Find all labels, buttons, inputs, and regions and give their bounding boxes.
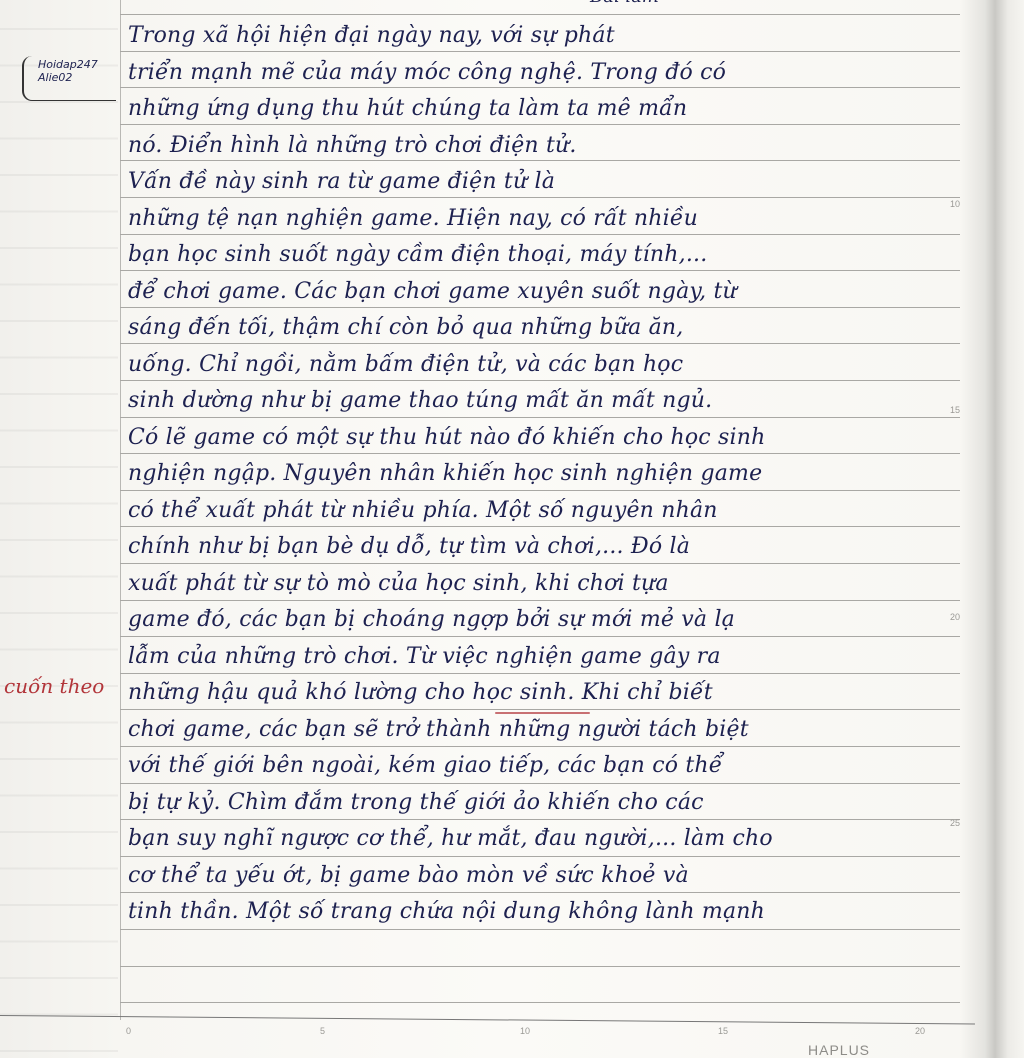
- essay-line: những tệ nạn nghiện game. Hiện nay, có r…: [128, 201, 948, 238]
- line-number: 10: [950, 199, 960, 209]
- margin-note-line1: Hoidap247: [38, 58, 98, 71]
- essay-line: có thể xuất phát từ nhiều phía. Một số n…: [128, 493, 948, 530]
- essay-line: những hậu quả khó lường cho học sinh. Kh…: [128, 675, 948, 712]
- essay-line: tinh thần. Một số trang chứa nội dung kh…: [128, 894, 948, 931]
- essay-line: chơi game, các bạn sẽ trở thành những ng…: [128, 712, 948, 749]
- notebook-brand: HAPLUS: [808, 1042, 870, 1058]
- essay-line: Vấn đề này sinh ra từ game điện tử là: [128, 164, 948, 201]
- page-bottom-edge: [0, 1015, 975, 1025]
- line-number: 25: [950, 818, 960, 828]
- essay-line: bạn học sinh suốt ngày cầm điện thoại, m…: [128, 237, 948, 274]
- ruled-line: [120, 966, 960, 967]
- essay-line: lẫm của những trò chơi. Từ việc nghiện g…: [128, 639, 948, 676]
- essay-line: để chơi game. Các bạn chơi game xuyên su…: [128, 274, 948, 311]
- teacher-comment: cuốn theo: [4, 674, 104, 698]
- essay-line: Trong xã hội hiện đại ngày nay, với sự p…: [128, 18, 948, 55]
- essay-line: sinh dường như bị game thao túng mất ăn …: [128, 383, 948, 420]
- essay-line: với thế giới bên ngoài, kém giao tiếp, c…: [128, 748, 948, 785]
- essay-line: bạn suy nghĩ ngược cơ thể, hư mắt, đau n…: [128, 821, 948, 858]
- essay-line: nó. Điển hình là những trò chơi điện tử.: [128, 128, 948, 165]
- essay-line: cơ thể ta yếu ớt, bị game bào mòn về sức…: [128, 858, 948, 895]
- scale-mark: 5: [320, 1026, 325, 1036]
- essay-line: chính như bị bạn bè dụ dỗ, tự tìm và chơ…: [128, 529, 948, 566]
- essay-line: những ứng dụng thu hút chúng ta làm ta m…: [128, 91, 948, 128]
- ruled-line: [120, 14, 960, 15]
- margin-note-line2: Alie02: [38, 71, 72, 84]
- essay-line: nghiện ngập. Nguyên nhân khiến học sinh …: [128, 456, 948, 493]
- line-number: 15: [950, 405, 960, 415]
- scale-mark: 15: [718, 1026, 728, 1036]
- ruled-line: [120, 1002, 960, 1003]
- margin-note: Hoidap247 Alie02: [38, 58, 98, 84]
- margin-line: [120, 0, 121, 1020]
- scale-mark: 20: [915, 1026, 925, 1036]
- essay-heading: Bài làm: [590, 0, 659, 7]
- line-number: 20: [950, 612, 960, 622]
- essay-line: Có lẽ game có một sự thu hút nào đó khiế…: [128, 420, 948, 457]
- essay-line: game đó, các bạn bị choáng ngợp bởi sự m…: [128, 602, 948, 639]
- essay-line: uống. Chỉ ngồi, nằm bấm điện tử, và các …: [128, 347, 948, 384]
- bleed-through-texture: [0, 0, 118, 1058]
- notebook-page: Bài làm Hoidap247 Alie02 cuốn theo Trong…: [0, 0, 1024, 1058]
- essay-line: bị tự kỷ. Chìm đắm trong thế giới ảo khi…: [128, 785, 948, 822]
- essay-body: Trong xã hội hiện đại ngày nay, với sự p…: [128, 18, 948, 931]
- scale-mark: 0: [126, 1026, 131, 1036]
- essay-line: xuất phát từ sự tò mò của học sinh, khi …: [128, 566, 948, 603]
- essay-line: triển mạnh mẽ của máy móc công nghệ. Tro…: [128, 55, 948, 92]
- scale-mark: 10: [520, 1026, 530, 1036]
- essay-line: sáng đến tối, thậm chí còn bỏ qua những …: [128, 310, 948, 347]
